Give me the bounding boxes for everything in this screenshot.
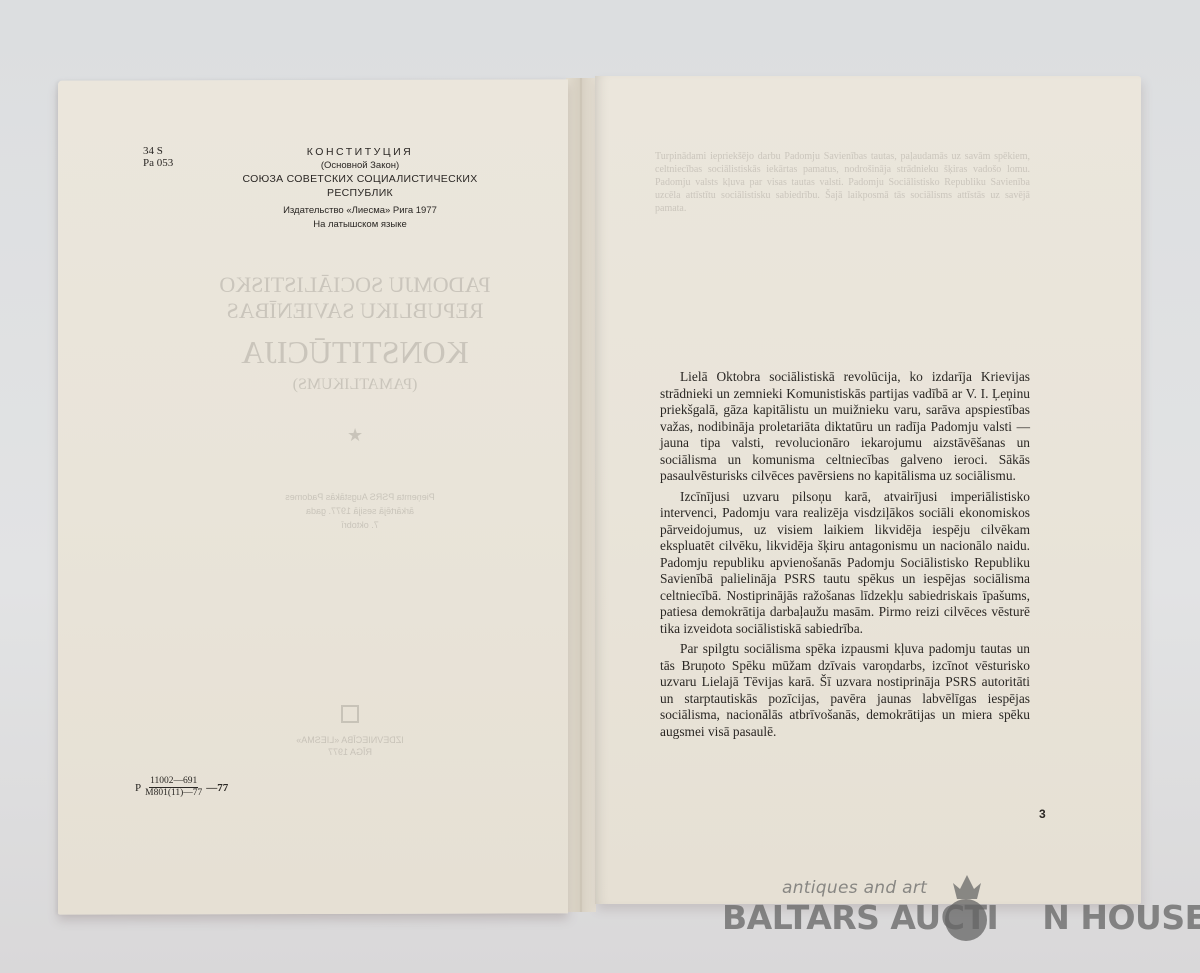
print-code-fraction: 11002—691 М801(11)—77 [144,776,203,799]
catalog-code-line: Ра 053 [143,157,173,169]
bleed-publisher-line: IZDEVNIECĪBA «LIESMA» [295,734,405,746]
paragraph: Izcīnījusi uzvaru pilsoņu karā, atvairīj… [660,489,1030,638]
bleed-note-line: 7. oktobrī [235,518,485,532]
bleed-publisher: IZDEVNIECĪBA «LIESMA» RĪGA 1977 [295,705,405,758]
bleed-publisher-line: RĪGA 1977 [295,746,405,758]
bleed-note-line: ārkārtējā sesijā 1977. gada [235,504,485,518]
bleed-note: Pieņemta PSRS Augstākās Padomes ārkārtēj… [235,490,485,532]
imprint-publisher: Издательство «Лиесма» Рига 1977 [200,203,520,218]
imprint-line: СОЮЗА СОВЕТСКИХ СОЦИАЛИСТИЧЕСКИХ [200,172,520,186]
star-icon: ★ [347,425,363,446]
russian-imprint: КОНСТИТУЦИЯ (Основной Закон) СОЮЗА СОВЕТ… [200,145,520,232]
cover-bleed-through: PADOMJU SOCIĀLISTISKO REPUBLIKU SAVIENĪB… [195,272,515,396]
bleed-note-line: Pieņemta PSRS Augstākās Padomes [235,490,485,504]
publisher-logo-icon [341,705,359,723]
reverse-page-bleed-through: Turpinādami iepriekšējo darbu Padomju Sa… [655,150,1030,215]
print-code-denominator: М801(11)—77 [144,788,203,799]
catalog-code: 34 S Ра 053 [143,145,173,169]
bleed-title: KONSTITŪCIJA [195,330,515,374]
watermark-name-part: BALTARS AUCTI [722,898,998,937]
book-spine [566,78,596,912]
print-code: Р 11002—691 М801(11)—77 —77 [135,776,228,799]
preamble-text: Lielā Oktobra sociālistiskā revolūcija, … [660,369,1030,744]
imprint-subtitle: (Основной Закон) [200,159,520,172]
bleed-subtitle: (PAMATLIKUMS) [195,374,515,396]
print-code-suffix: —77 [206,782,228,794]
paragraph: Lielā Oktobra sociālistiskā revolūcija, … [660,369,1030,485]
catalog-code-line: 34 S [143,145,173,157]
bleed-line: PADOMJU SOCIĀLISTISKO [195,272,515,298]
watermark-name-part: N HOUSE [1042,898,1200,937]
imprint-language: На латышском языке [200,218,520,232]
imprint-title: КОНСТИТУЦИЯ [200,145,520,159]
bleed-line: REPUBLIKU SAVIENĪBAS [195,298,515,324]
print-code-numerator: 11002—691 [149,776,198,788]
imprint-line: РЕСПУБЛИК [200,186,520,200]
watermark-tagline: antiques and art [782,878,927,898]
page-number: 3 [1039,807,1046,821]
print-code-prefix: Р [135,782,141,794]
paragraph: Par spilgtu sociālisma spēka izpausmi kļ… [660,641,1030,740]
watermark-name: BALTARS AUCTIN HOUSE [722,898,1200,937]
